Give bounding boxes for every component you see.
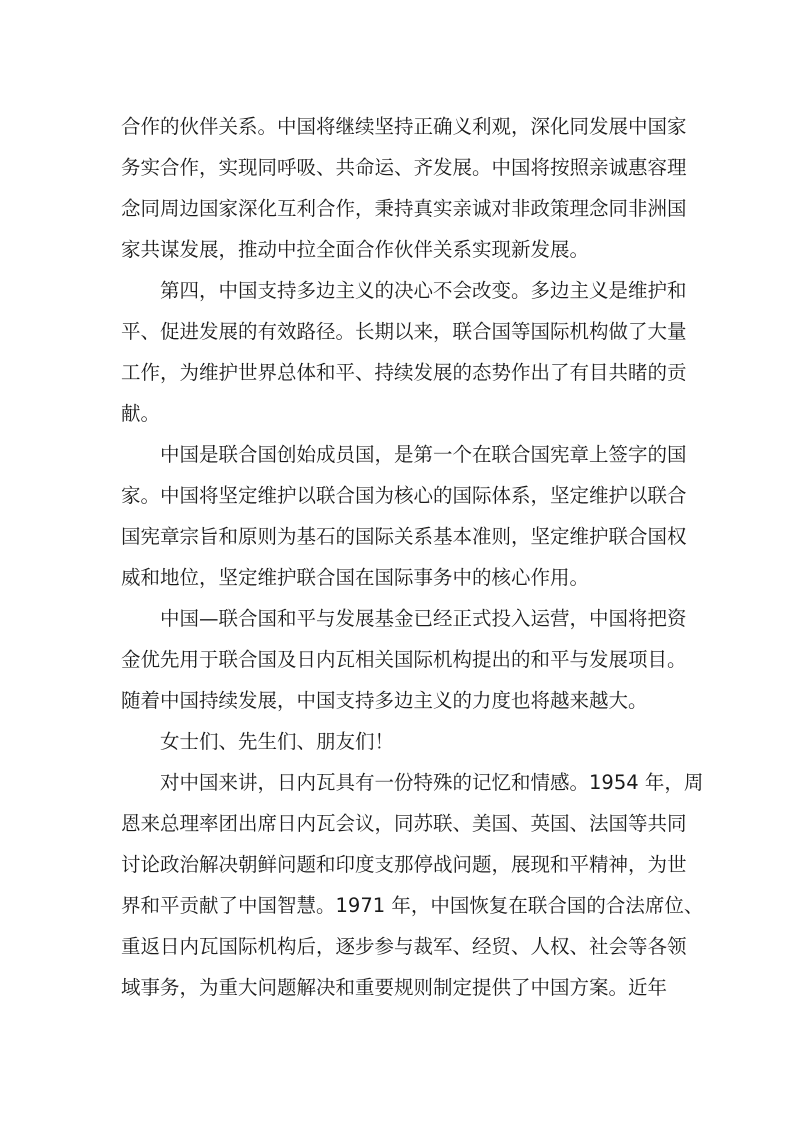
- text-line: 第四，中国支持多边主义的决心不会改变。多边主义是维护和: [121, 270, 681, 311]
- text-line: 女士们、先生们、朋友们！: [121, 721, 681, 762]
- text-line: 工作，为维护世界总体和平、持续发展的态势作出了有目共睹的贡: [121, 352, 681, 393]
- text-line: 域事务，为重大问题解决和重要规则制定提供了中国方案。近年: [121, 967, 681, 1008]
- text-line: 平、促进发展的有效路径。长期以来，联合国等国际机构做了大量: [121, 311, 681, 352]
- text-line: 国宪章宗旨和原则为基石的国际关系基本准则，坚定维护联合国权: [121, 516, 681, 557]
- text-line: 中国—联合国和平与发展基金已经正式投入运营，中国将把资: [121, 598, 681, 639]
- paragraph-2: 第四，中国支持多边主义的决心不会改变。多边主义是维护和 平、促进发展的有效路径。…: [121, 270, 681, 434]
- text-line: 献。: [121, 393, 681, 434]
- paragraph-5-salutation: 女士们、先生们、朋友们！: [121, 721, 681, 762]
- text-line: 恩来总理率团出席日内瓦会议，同苏联、美国、英国、法国等共同: [121, 803, 681, 844]
- text-line: 中国是联合国创始成员国，是第一个在联合国宪章上签字的国: [121, 434, 681, 475]
- paragraph-4: 中国—联合国和平与发展基金已经正式投入运营，中国将把资 金优先用于联合国及日内瓦…: [121, 598, 681, 721]
- text-line: 讨论政治解决朝鲜问题和印度支那停战问题，展现和平精神，为世: [121, 844, 681, 885]
- text-line: 合作的伙伴关系。中国将继续坚持正确义利观，深化同发展中国家: [121, 106, 681, 147]
- text-line: 念同周边国家深化互利合作，秉持真实亲诚对非政策理念同非洲国: [121, 188, 681, 229]
- text-line: 务实合作，实现同呼吸、共命运、齐发展。中国将按照亲诚惠容理: [121, 147, 681, 188]
- text-line: 对中国来讲，日内瓦具有一份特殊的记忆和情感。1954 年，周: [121, 762, 681, 803]
- paragraph-3: 中国是联合国创始成员国，是第一个在联合国宪章上签字的国 家。中国将坚定维护以联合…: [121, 434, 681, 598]
- text-line: 金优先用于联合国及日内瓦相关国际机构提出的和平与发展项目。: [121, 639, 681, 680]
- text-line: 家共谋发展，推动中拉全面合作伙伴关系实现新发展。: [121, 229, 681, 270]
- text-line: 界和平贡献了中国智慧。1971 年，中国恢复在联合国的合法席位、: [121, 885, 681, 926]
- text-line: 威和地位，坚定维护联合国在国际事务中的核心作用。: [121, 557, 681, 598]
- text-line: 随着中国持续发展，中国支持多边主义的力度也将越来越大。: [121, 680, 681, 721]
- paragraph-1: 合作的伙伴关系。中国将继续坚持正确义利观，深化同发展中国家 务实合作，实现同呼吸…: [121, 106, 681, 270]
- paragraph-6: 对中国来讲，日内瓦具有一份特殊的记忆和情感。1954 年，周 恩来总理率团出席日…: [121, 762, 681, 1008]
- document-page: 合作的伙伴关系。中国将继续坚持正确义利观，深化同发展中国家 务实合作，实现同呼吸…: [121, 106, 681, 1008]
- text-line: 重返日内瓦国际机构后，逐步参与裁军、经贸、人权、社会等各领: [121, 926, 681, 967]
- text-line: 家。中国将坚定维护以联合国为核心的国际体系，坚定维护以联合: [121, 475, 681, 516]
